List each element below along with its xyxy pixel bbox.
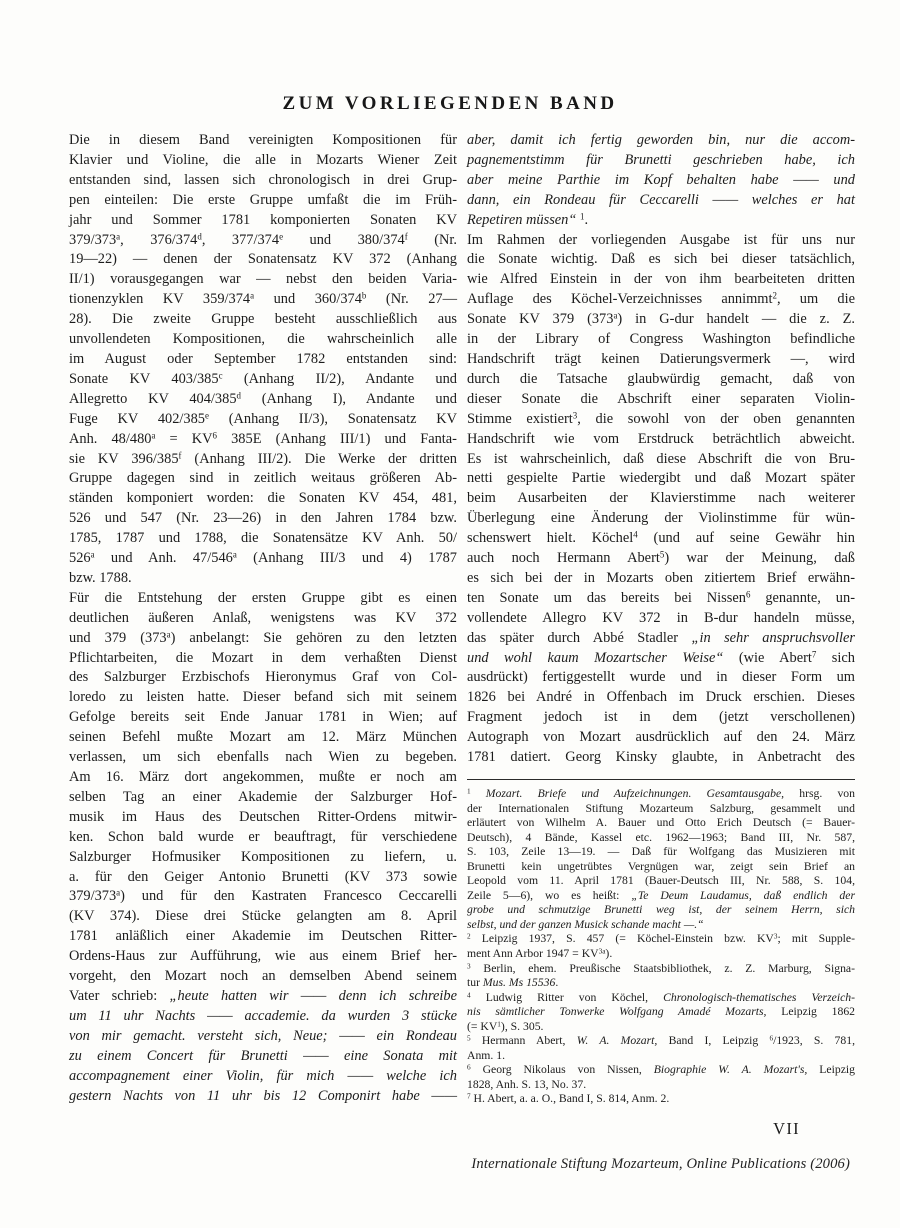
footnotes-list: 1 Mozart. Briefe und Aufzeichnungen. Ges… <box>467 787 855 1107</box>
text-line: unvollendeten Kompositionen, die wahrsch… <box>69 330 457 350</box>
text-line: Für die Entstehung der ersten Gruppe gib… <box>69 589 457 609</box>
text-line: pagnementstimm für Brunetti geschrieben … <box>467 151 855 171</box>
text-line: Gefolge bereits seit Ende Januar 1781 in… <box>69 708 457 728</box>
text-line: vollendete Allegro KV 372 in B-dur hande… <box>467 609 855 629</box>
text-line: pen einteilen: Die erste Gruppe umfaßt d… <box>69 191 457 211</box>
text-line: das später durch Abbé Stadler „in sehr a… <box>467 629 855 649</box>
text-line: gestern Nachts von 11 uhr bis 12 Componi… <box>69 1087 457 1107</box>
publication-footer: Internationale Stiftung Mozarteum, Onlin… <box>471 1156 850 1173</box>
text-line: accompagnement einer Violin, für mich ——… <box>69 1067 457 1087</box>
text-line: Brunetti kein ungetrübtes Vergnügen war,… <box>467 860 855 875</box>
text-line: 1 Mozart. Briefe und Aufzeichnungen. Ges… <box>467 787 855 802</box>
text-line: netti gespielte Partie wiedergibt und da… <box>467 469 855 489</box>
text-line: Überlegung eine Änderung der Violinstimm… <box>467 509 855 529</box>
text-line: deutlichen äußeren Anlaß, wenigstens was… <box>69 609 457 629</box>
text-line: aber meine Parthie im Kopf behalten habe… <box>467 171 855 191</box>
text-line: Handschrift wie vom Erstdruck beträchtli… <box>467 430 855 450</box>
text-line: wie Alfred Einstein in der von ihm bearb… <box>467 270 855 290</box>
text-line: Repetiren müssen“ 1. <box>467 211 855 231</box>
text-line: II/1) vorausgegangen war — nebst den bei… <box>69 270 457 290</box>
text-line: tur Mus. Ms 15536. <box>467 976 855 991</box>
text-line: Anh. 48/480a = KV6 385E (Anhang III/1) u… <box>69 430 457 450</box>
left-column: Die in diesem Band vereinigten Kompositi… <box>69 131 457 1106</box>
text-line: Vater schrieb: „heute hatten wir —— denn… <box>69 987 457 1007</box>
text-line: grobe und schmutzige Brunetti weg ist, d… <box>467 903 855 918</box>
text-line: 6 Georg Nikolaus von Nissen, Biographie … <box>467 1063 855 1078</box>
text-line: in der Library of Congress Washington be… <box>467 330 855 350</box>
text-line: ten Sonate um das bereits bei Nissen6 ge… <box>467 589 855 609</box>
footnotes-block: 1 Mozart. Briefe und Aufzeichnungen. Ges… <box>467 779 855 1107</box>
right-column: aber, damit ich fertig geworden bin, nur… <box>467 131 855 768</box>
text-line: Autograph von Mozart ausdrücklich auf de… <box>467 728 855 748</box>
text-line: 1828, Anh. S. 13, No. 37. <box>467 1078 855 1093</box>
text-line: dieser Sonate die Abschrift einer separa… <box>467 390 855 410</box>
text-line: selben Tag an einer Akademie der Salzbur… <box>69 788 457 808</box>
text-line: 7 H. Abert, a. a. O., Band I, S. 814, An… <box>467 1092 855 1107</box>
text-line: Die in diesem Band vereinigten Kompositi… <box>69 131 457 151</box>
text-line: 1781 datiert. Georg Kinsky glaubte, in A… <box>467 748 855 768</box>
text-line: Ordens-Haus zur Aufführung, wie aus eine… <box>69 947 457 967</box>
text-line: Stimme existiert3, die sowohl von der ob… <box>467 410 855 430</box>
text-line: Fuge KV 402/385e (Anhang II/3), Sonatens… <box>69 410 457 430</box>
text-line: entstanden sind, lassen sich chronologis… <box>69 171 457 191</box>
text-line: Gruppe dagegen sind in zeitlich weitaus … <box>69 469 457 489</box>
text-line: 5 Hermann Abert, W. A. Mozart, Band I, L… <box>467 1034 855 1049</box>
text-line: durch die Tatsache glaubwürdig gemacht, … <box>467 370 855 390</box>
text-line: ausdrückt) fertiggestellt wurde und in d… <box>467 668 855 688</box>
text-line: 1781 anläßlich einer Akademie im Deutsch… <box>69 927 457 947</box>
text-line: verlassen, um sich ebenfalls nach Wien z… <box>69 748 457 768</box>
page-title: ZUM VORLIEGENDEN BAND <box>0 93 900 115</box>
text-line: musik im Haus des Deutschen Ritter-Orden… <box>69 808 457 828</box>
text-line: der Internationalen Stiftung Mozarteum S… <box>467 802 855 817</box>
text-line: loredo zu leisten hatte. Dieser befand s… <box>69 688 457 708</box>
text-line: 28). Die zweite Gruppe besteht ausschlie… <box>69 310 457 330</box>
text-line: 3 Berlin, ehem. Preußische Staatsbibliot… <box>467 962 855 977</box>
text-line: Am 16. März dort angekommen, mußte er no… <box>69 768 457 788</box>
text-line: dann, ein Rondeau für Ceccarelli —— welc… <box>467 191 855 211</box>
text-line: Pflichtarbeiten, die Mozart in dem verha… <box>69 649 457 669</box>
text-line: und 379 (373a) anbelangt: Sie gehören zu… <box>69 629 457 649</box>
text-line: Leopold vom 11. April 1781 (Bauer-Deutsc… <box>467 874 855 889</box>
text-line: Auflage des Köchel-Verzeichnisses annimm… <box>467 290 855 310</box>
book-page: ZUM VORLIEGENDEN BAND Die in diesem Band… <box>0 0 900 1228</box>
text-line: um 11 uhr Nachts —— accademie. da wurden… <box>69 1007 457 1027</box>
text-line: Anm. 1. <box>467 1049 855 1064</box>
text-line: 1826 bei André in Offenbach im Druck ers… <box>467 688 855 708</box>
text-line: (KV 374). Diese drei Stücke gelangten am… <box>69 907 457 927</box>
text-line: 379/373a) und für den Kastraten Francesc… <box>69 887 457 907</box>
text-line: es sich bei der in Mozarts oben zitierte… <box>467 569 855 589</box>
text-line: 379/373a, 376/374d, 377/374e und 380/374… <box>69 231 457 251</box>
text-line: Allegretto KV 404/385d (Anhang I), Andan… <box>69 390 457 410</box>
text-line: ständen komponiert worden: die Sonaten K… <box>69 489 457 509</box>
text-line: Fragment jedoch ist in dem (jetzt versch… <box>467 708 855 728</box>
text-line: S. 103, Zeile 13—19. — Daß für Wolfgang … <box>467 845 855 860</box>
text-line: ment Ann Arbor 1947 = KV3a). <box>467 947 855 962</box>
text-line: aber, damit ich fertig geworden bin, nur… <box>467 131 855 151</box>
text-line: die Sonate wichtig. Daß es sich bei dies… <box>467 250 855 270</box>
text-line: 2 Leipzig 1937, S. 457 (= Köchel-Einstei… <box>467 932 855 947</box>
text-line: 526a und Anh. 47/546a (Anhang III/3 und … <box>69 549 457 569</box>
text-line: Im Rahmen der vorliegenden Ausgabe ist f… <box>467 231 855 251</box>
text-line: 19—22) — denen der Sonatensatz KV 372 (A… <box>69 250 457 270</box>
text-line: und wohl kaum Mozartscher Weise“ (wie Ab… <box>467 649 855 669</box>
text-line: ken. Schon bald wurde er beauftragt, für… <box>69 828 457 848</box>
text-line: Klavier und Violine, die alle in Mozarts… <box>69 151 457 171</box>
text-line: jahr und Sommer 1781 komponierten Sonate… <box>69 211 457 231</box>
footnote-separator <box>467 779 855 780</box>
text-line: vorgeht, den Mozart noch an demselben Ab… <box>69 967 457 987</box>
page-number: VII <box>773 1119 800 1139</box>
text-line: erläutert von Wilhelm A. Bauer und Otto … <box>467 816 855 831</box>
text-line: tionenzyklen KV 359/374a und 360/374b (N… <box>69 290 457 310</box>
text-line: auch noch Hermann Abert5) war der Meinun… <box>467 549 855 569</box>
text-line: im August oder September 1782 entstanden… <box>69 350 457 370</box>
text-line: bzw. 1788. <box>69 569 457 589</box>
text-line: Deutsch), 4 Bände, Kassel etc. 1962—1963… <box>467 831 855 846</box>
text-line: 4 Ludwig Ritter von Köchel, Chronologisc… <box>467 991 855 1006</box>
text-line: a. für den Geiger Antonio Brunetti (KV 3… <box>69 868 457 888</box>
text-line: 526 und 547 (Nr. 23—26) in den Jahren 17… <box>69 509 457 529</box>
text-line: Sonate KV 379 (373a) in G-dur handelt — … <box>467 310 855 330</box>
text-line: Salzburger Hofmusiker Kompositionen zu l… <box>69 848 457 868</box>
text-line: von mir gemacht. versteht sich, Neue; ——… <box>69 1027 457 1047</box>
text-line: 1785, 1787 und 1788, die Sonatensätze KV… <box>69 529 457 549</box>
text-line: des Salzburger Erzbischofs Hieronymus Gr… <box>69 668 457 688</box>
text-line: selbst, und der ganzen Musick schande ma… <box>467 918 855 933</box>
text-line: nis sämtlicher Tonwerke Wolfgang Amadé M… <box>467 1005 855 1020</box>
text-line: Es ist wahrscheinlich, daß diese Abschri… <box>467 450 855 470</box>
text-line: Zeile 5—6), wo es heißt: „Te Deum Laudam… <box>467 889 855 904</box>
text-line: zu einem Concert für Brunetti —— eine So… <box>69 1047 457 1067</box>
text-line: seinen Befehl mußte Mozart am 12. März M… <box>69 728 457 748</box>
text-line: schenswert hielt. Köchel4 (und auf seine… <box>467 529 855 549</box>
text-line: sie KV 396/385f (Anhang III/2). Die Werk… <box>69 450 457 470</box>
text-line: Sonate KV 403/385c (Anhang II/2), Andant… <box>69 370 457 390</box>
text-line: beim Ausarbeiten der Klavierstimme nach … <box>467 489 855 509</box>
text-line: Handschrift trägt keinen Datierungsverme… <box>467 350 855 370</box>
text-line: (= KV1), S. 305. <box>467 1020 855 1035</box>
